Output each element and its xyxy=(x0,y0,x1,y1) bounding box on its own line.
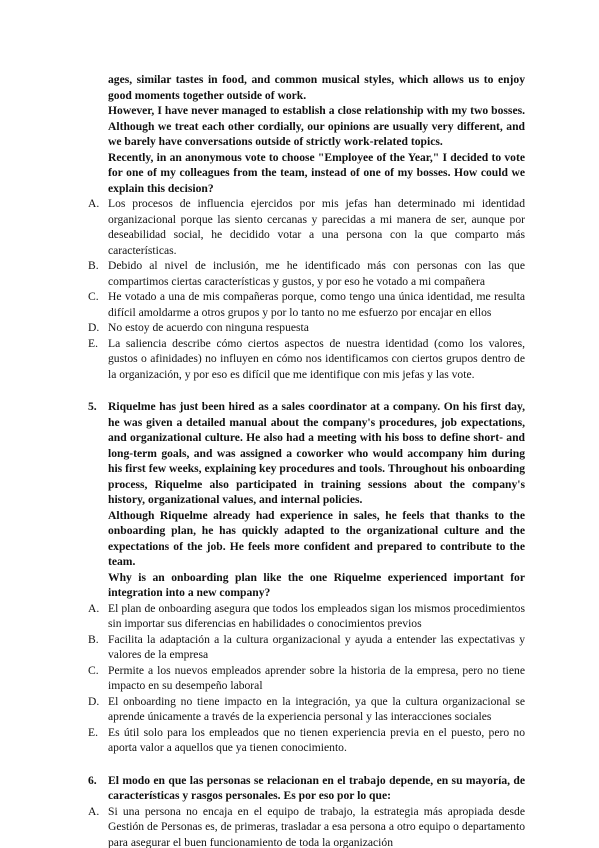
question-6: 6. El modo en que las personas se relaci… xyxy=(88,773,525,848)
question-4: ages, similar tastes in food, and common… xyxy=(88,72,525,382)
option-text: El plan de onboarding asegura que todos … xyxy=(108,602,525,631)
option-text: Es útil solo para los empleados que no t… xyxy=(108,726,525,755)
option-letter: A. xyxy=(88,196,99,212)
option-text: Facilita la adaptación a la cultura orga… xyxy=(108,633,525,662)
question-4-stem-paragraph: Recently, in an anonymous vote to choose… xyxy=(108,150,525,197)
question-4-stem-paragraph: ages, similar tastes in food, and common… xyxy=(108,72,525,103)
question-5-option-b: B.Facilita la adaptación a la cultura or… xyxy=(88,632,525,663)
spacer xyxy=(88,756,525,773)
option-letter: E. xyxy=(88,336,98,352)
question-5-stem-paragraph: Why is an onboarding plan like the one R… xyxy=(108,570,525,601)
question-4-stem-paragraph: However, I have never managed to establi… xyxy=(108,103,525,150)
question-5-option-e: E.Es útil solo para los empleados que no… xyxy=(88,725,525,756)
option-letter: D. xyxy=(88,320,99,336)
question-6-options: A.Si una persona no encaja en el equipo … xyxy=(88,804,525,848)
option-letter: B. xyxy=(88,632,99,648)
option-letter: D. xyxy=(88,694,99,710)
question-4-option-b: B.Debido al nivel de inclusión, me he id… xyxy=(88,258,525,289)
option-text: Debido al nivel de inclusión, me he iden… xyxy=(108,259,525,288)
question-5: 5. Riquelme has just been hired as a sal… xyxy=(88,399,525,756)
question-4-option-d: D.No estoy de acuerdo con ninguna respue… xyxy=(88,320,525,336)
question-5-options: A.El plan de onboarding asegura que todo… xyxy=(88,601,525,756)
question-6-stem: El modo en que las personas se relaciona… xyxy=(88,773,525,804)
question-6-number: 6. xyxy=(88,773,97,789)
option-text: No estoy de acuerdo con ninguna respuest… xyxy=(108,321,309,334)
question-5-option-d: D.El onboarding no tiene impacto en la i… xyxy=(88,694,525,725)
option-text: El onboarding no tiene impacto en la int… xyxy=(108,695,525,724)
option-text: Los procesos de influencia ejercidos por… xyxy=(108,197,525,257)
question-5-stem-paragraph: Riquelme has just been hired as a sales … xyxy=(108,399,525,508)
question-5-option-a: A.El plan de onboarding asegura que todo… xyxy=(88,601,525,632)
option-letter: C. xyxy=(88,663,99,679)
question-6-stem-paragraph: El modo en que las personas se relaciona… xyxy=(108,773,525,804)
option-letter: E. xyxy=(88,725,98,741)
question-5-option-c: C.Permite a los nuevos empleados aprende… xyxy=(88,663,525,694)
question-5-number: 5. xyxy=(88,399,97,415)
option-letter: B. xyxy=(88,258,99,274)
option-letter: A. xyxy=(88,804,99,820)
option-text: Si una persona no encaja en el equipo de… xyxy=(108,805,525,848)
option-text: Permite a los nuevos empleados aprender … xyxy=(108,664,525,693)
question-4-option-c: C.He votado a una de mis compañeras porq… xyxy=(88,289,525,320)
question-4-options: A.Los procesos de influencia ejercidos p… xyxy=(88,196,525,382)
question-4-option-e: E.La saliencia describe cómo ciertos asp… xyxy=(88,336,525,383)
question-4-stem: ages, similar tastes in food, and common… xyxy=(88,72,525,196)
option-letter: A. xyxy=(88,601,99,617)
question-4-option-a: A.Los procesos de influencia ejercidos p… xyxy=(88,196,525,258)
spacer xyxy=(88,382,525,399)
option-letter: C. xyxy=(88,289,99,305)
question-5-stem-paragraph: Although Riquelme already had experience… xyxy=(108,508,525,570)
question-6-option-a: A.Si una persona no encaja en el equipo … xyxy=(88,804,525,848)
option-text: La saliencia describe cómo ciertos aspec… xyxy=(108,337,525,381)
question-5-stem: Riquelme has just been hired as a sales … xyxy=(88,399,525,601)
option-text: He votado a una de mis compañeras porque… xyxy=(108,290,525,319)
document-page: ages, similar tastes in food, and common… xyxy=(88,72,525,848)
